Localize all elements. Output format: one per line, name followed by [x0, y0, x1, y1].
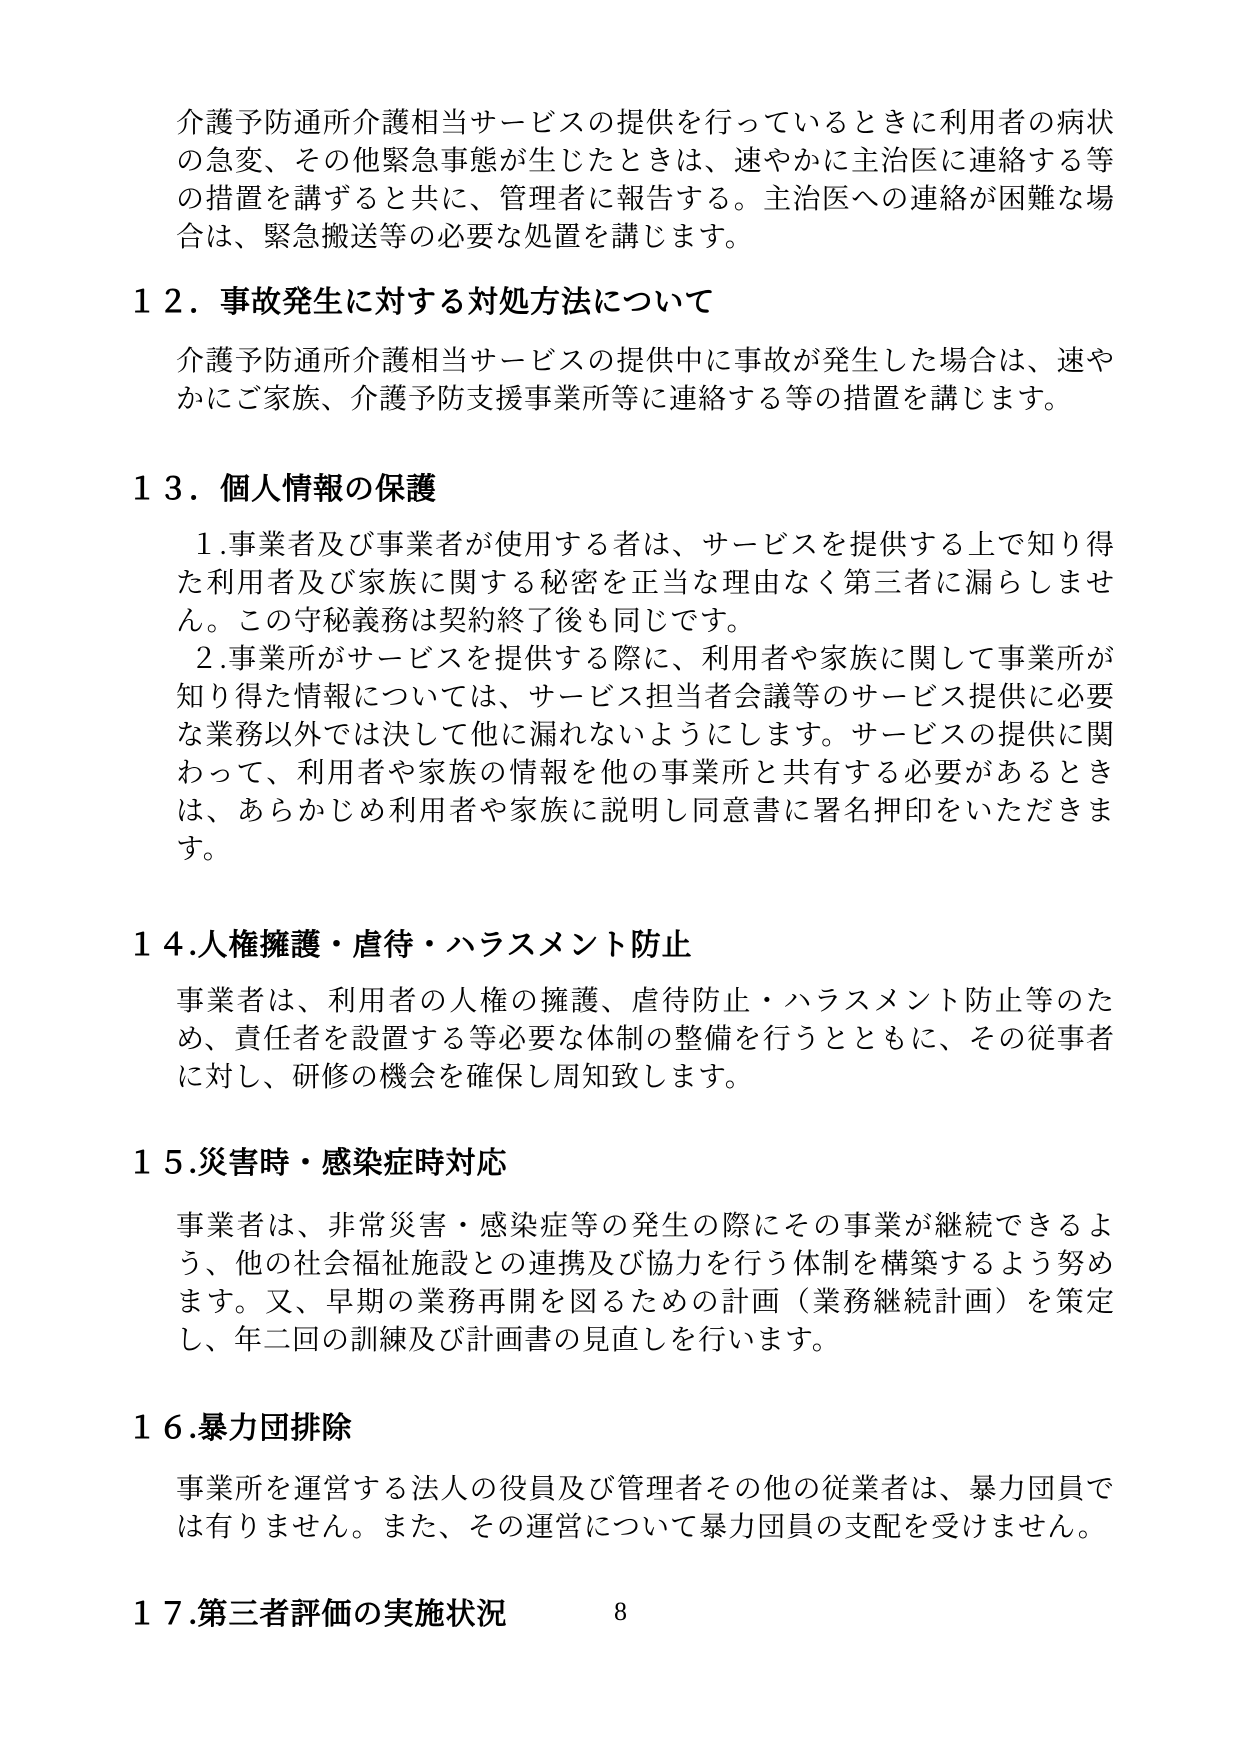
- section-13-heading: １３．個人情報の保護: [127, 470, 1115, 510]
- section-disaster-infection-response: １５.災害時・感染症時対応 事業者は、非常災害・感染症等の発生の際にその事業が継…: [0, 1144, 1241, 1360]
- section-16-heading: １６.暴力団排除: [127, 1409, 1115, 1449]
- page-number: 8: [0, 1598, 1241, 1626]
- section-anti-gang-exclusion: １６.暴力団排除 事業所を運営する法人の役員及び管理者その他の従業者は、暴力団員…: [0, 1409, 1241, 1547]
- section-13-paragraph-1: １.事業者及び事業者が使用する者は、サービスを提供する上で知り得た利用者及び家族…: [176, 527, 1115, 641]
- section-16-paragraph: 事業所を運営する法人の役員及び管理者その他の従業者は、暴力団員では有りません。ま…: [176, 1471, 1115, 1547]
- section-human-rights-harassment-prevention: １４.人権擁護・虐待・ハラスメント防止 事業者は、利用者の人権の擁護、虐待防止・…: [0, 926, 1241, 1097]
- section-14-heading: １４.人権擁護・虐待・ハラスメント防止: [127, 926, 1115, 966]
- section-13-paragraph-2: ２.事業所がサービスを提供する際に、利用者や家族に関して事業所が知り得た情報につ…: [176, 641, 1115, 869]
- document-page: 介護予防通所介護相当サービスの提供を行っているときに利用者の病状の急変、その他緊…: [0, 0, 1241, 1755]
- intro-paragraph: 介護予防通所介護相当サービスの提供を行っているときに利用者の病状の急変、その他緊…: [176, 105, 1115, 257]
- section-12-heading: １２．事故発生に対する対処方法について: [127, 283, 1115, 323]
- section-12-paragraph: 介護予防通所介護相当サービスの提供中に事故が発生した場合は、速やかにご家族、介護…: [176, 343, 1115, 419]
- section-15-paragraph: 事業者は、非常災害・感染症等の発生の際にその事業が継続できるよう、他の社会福祉施…: [176, 1208, 1115, 1360]
- section-accident-response: １２．事故発生に対する対処方法について 介護予防通所介護相当サービスの提供中に事…: [0, 283, 1241, 419]
- section-14-paragraph: 事業者は、利用者の人権の擁護、虐待防止・ハラスメント防止等のため、責任者を設置す…: [176, 983, 1115, 1097]
- section-personal-info-protection: １３．個人情報の保護 １.事業者及び事業者が使用する者は、サービスを提供する上で…: [0, 470, 1241, 869]
- section-15-heading: １５.災害時・感染症時対応: [127, 1144, 1115, 1184]
